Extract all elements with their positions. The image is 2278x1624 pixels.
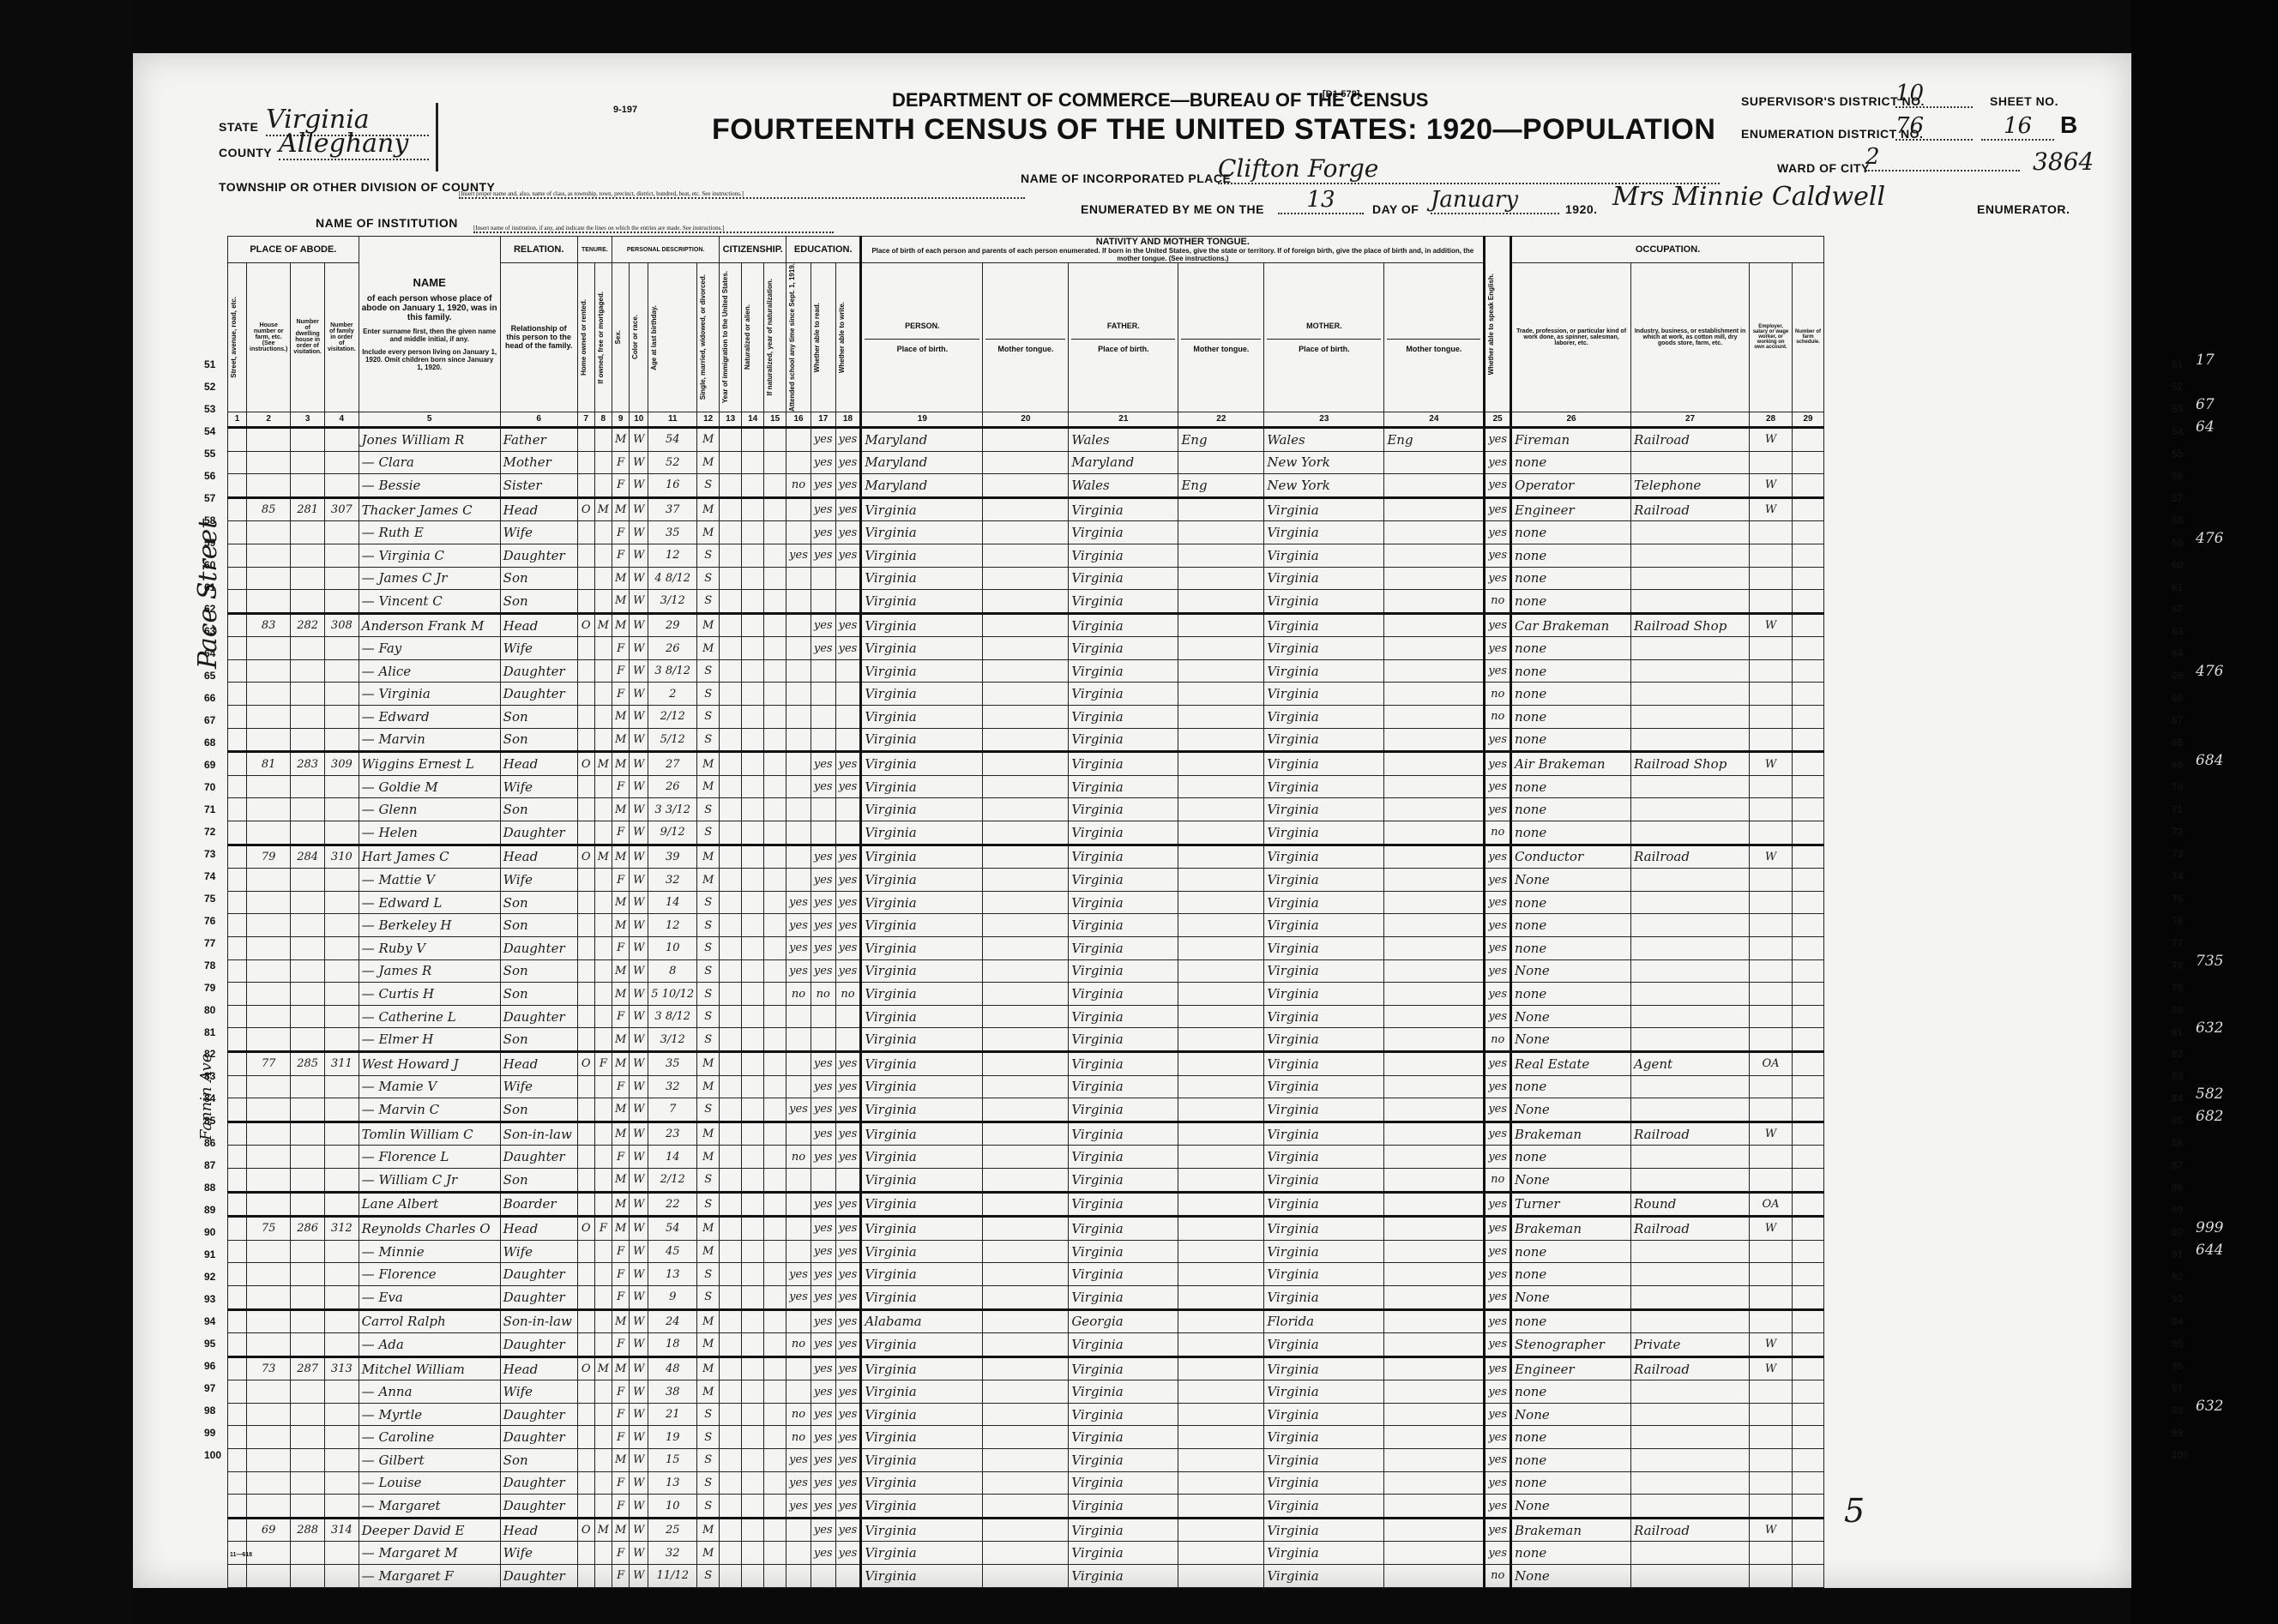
- cell-street: [228, 1192, 247, 1217]
- header-col-24: Mother tongue.: [1384, 263, 1485, 412]
- cell-birth: Virginia: [861, 706, 983, 729]
- cell-street: [228, 427, 247, 451]
- table-row: — ClaraMotherFW52MyesyesMarylandMaryland…: [228, 451, 1824, 474]
- cell-mortgage: [594, 1449, 612, 1472]
- cell-name: — Fay: [359, 637, 500, 660]
- cell-family: 310: [325, 845, 359, 869]
- cell-empty: [720, 1426, 742, 1449]
- cell-m-tongue: [1384, 1449, 1485, 1472]
- enumeration-district-value: 76: [1895, 113, 1973, 141]
- cell-empty: [720, 983, 742, 1006]
- cell-sex: F: [612, 821, 629, 845]
- cell-m-birth: Virginia: [1264, 1005, 1384, 1028]
- line-number: 57: [2172, 492, 2183, 504]
- cell-class: [1750, 959, 1793, 983]
- cell-street: [228, 752, 247, 776]
- cell-name: — Marvin C: [359, 1098, 500, 1122]
- cell-birth: Virginia: [861, 1285, 983, 1309]
- cell-relation: Son: [500, 1028, 577, 1052]
- cell-f-tongue: [1178, 1356, 1264, 1380]
- cell-trade: none: [1511, 1263, 1631, 1286]
- cell-birth: Virginia: [861, 1333, 983, 1357]
- cell-house: 73: [247, 1356, 291, 1380]
- cell-read: yes: [811, 845, 835, 869]
- cell-sex: F: [612, 1542, 629, 1565]
- cell-empty: [742, 659, 764, 683]
- cell-name: — Ruby V: [359, 937, 500, 960]
- cell-f-tongue: [1178, 869, 1264, 892]
- column-number: 2: [247, 412, 291, 427]
- cell-empty: [720, 959, 742, 983]
- cell-name: West Howard J: [359, 1051, 500, 1075]
- cell-age: 10: [648, 1495, 697, 1519]
- line-number: 98: [2172, 1404, 2183, 1416]
- cell-mortgage: [594, 821, 612, 845]
- cell-street: [228, 1449, 247, 1472]
- cell-f-tongue: [1178, 567, 1264, 590]
- cell-trade: none: [1511, 983, 1631, 1006]
- line-number: 68: [2172, 737, 2183, 749]
- cell-m-birth: Virginia: [1264, 869, 1384, 892]
- cell-birth: Virginia: [861, 521, 983, 544]
- cell-empty: [764, 521, 786, 544]
- cell-name: — Edward: [359, 706, 500, 729]
- cell-english: yes: [1485, 1471, 1511, 1495]
- cell-write: yes: [835, 521, 861, 544]
- cell-family: [325, 1240, 359, 1263]
- table-row: — James RSonMW8SyesyesyesVirginiaVirgini…: [228, 959, 1824, 983]
- cell-empty: [720, 1449, 742, 1472]
- cell-f-birth: Virginia: [1069, 775, 1178, 798]
- cell-dwelling: [291, 1542, 325, 1565]
- cell-name: — Margaret F: [359, 1565, 500, 1588]
- cell-empty: [764, 683, 786, 706]
- cell-house: [247, 1005, 291, 1028]
- cell-tongue: [983, 914, 1069, 937]
- cell-owned: O: [577, 845, 594, 869]
- cell-house: 83: [247, 613, 291, 637]
- cell-dwelling: [291, 474, 325, 498]
- cell-name: Carrol Ralph: [359, 1309, 500, 1333]
- cell-sex: M: [612, 590, 629, 614]
- cell-mortgage: [594, 1263, 612, 1286]
- cell-empty: [742, 798, 764, 821]
- cell-tongue: [983, 869, 1069, 892]
- cell-write: yes: [835, 1403, 861, 1426]
- cell-industry: [1631, 544, 1750, 567]
- cell-empty: [742, 683, 764, 706]
- cell-trade: None: [1511, 1005, 1631, 1028]
- cell-m-tongue: [1384, 521, 1485, 544]
- cell-trade: none: [1511, 1426, 1631, 1449]
- cell-street: [228, 1380, 247, 1404]
- cell-english: yes: [1485, 1309, 1511, 1333]
- cell-name: Mitchel William: [359, 1356, 500, 1380]
- cell-m-birth: Virginia: [1264, 637, 1384, 660]
- cell-english: yes: [1485, 891, 1511, 914]
- cell-m-birth: Virginia: [1264, 683, 1384, 706]
- cell-street: [228, 497, 247, 521]
- cell-mortgage: [594, 1028, 612, 1052]
- cell-family: [325, 1309, 359, 1333]
- cell-read: yes: [811, 544, 835, 567]
- sheet-value: 16: [1981, 113, 2054, 141]
- cell-street: [228, 613, 247, 637]
- cell-f-birth: Virginia: [1069, 1565, 1178, 1588]
- cell-empty: [720, 1309, 742, 1333]
- cell-f-birth: Virginia: [1069, 869, 1178, 892]
- cell-tongue: [983, 1122, 1069, 1146]
- cell-birth: Virginia: [861, 1005, 983, 1028]
- cell-class: [1750, 637, 1793, 660]
- column-number: 4: [325, 412, 359, 427]
- cell-empty: [742, 752, 764, 776]
- cell-empty: [720, 1192, 742, 1217]
- cell-sex: F: [612, 1005, 629, 1028]
- cell-relation: Wife: [500, 869, 577, 892]
- cell-family: [325, 590, 359, 614]
- cell-house: [247, 937, 291, 960]
- cell-marital: M: [697, 1146, 720, 1169]
- cell-tongue: [983, 1028, 1069, 1052]
- cell-street: [228, 869, 247, 892]
- cell-mortgage: M: [594, 752, 612, 776]
- cell-family: [325, 1333, 359, 1357]
- cell-race: W: [630, 659, 648, 683]
- header-col-28: Employer, salary or wage worker, or work…: [1750, 263, 1793, 412]
- cell-marital: M: [697, 1240, 720, 1263]
- cell-mortgage: [594, 427, 612, 451]
- cell-f-tongue: [1178, 706, 1264, 729]
- cell-empty: [720, 845, 742, 869]
- cell-tongue: [983, 775, 1069, 798]
- cell-empty: [720, 1471, 742, 1495]
- cell-age: 14: [648, 891, 697, 914]
- column-number: 20: [983, 412, 1069, 427]
- cell-read: [811, 706, 835, 729]
- cell-m-birth: Virginia: [1264, 567, 1384, 590]
- cell-marital: S: [697, 1449, 720, 1472]
- cell-marital: S: [697, 914, 720, 937]
- cell-sex: M: [612, 613, 629, 637]
- cell-f-tongue: [1178, 798, 1264, 821]
- cell-empty: [742, 1333, 764, 1357]
- cell-f-tongue: [1178, 1168, 1264, 1192]
- cell-empty: [1793, 637, 1824, 660]
- cell-tongue: [983, 1403, 1069, 1426]
- cell-industry: [1631, 1495, 1750, 1519]
- cell-industry: [1631, 1565, 1750, 1588]
- table-row: — Catherine LDaughterFW3 8/12SVirginiaVi…: [228, 1005, 1824, 1028]
- cell-m-birth: Virginia: [1264, 1495, 1384, 1519]
- township-label: TOWNSHIP OR OTHER DIVISION OF COUNTY: [219, 180, 495, 194]
- cell-read: [811, 821, 835, 845]
- cell-m-birth: Virginia: [1264, 1146, 1384, 1169]
- cell-trade: Conductor: [1511, 845, 1631, 869]
- table-row: — MargaretDaughterFW10SyesyesyesVirginia…: [228, 1495, 1824, 1519]
- cell-owned: [577, 1005, 594, 1028]
- cell-school: [786, 1356, 811, 1380]
- cell-street: [228, 1240, 247, 1263]
- column-number: 29: [1793, 412, 1824, 427]
- header-col-22: Mother tongue.: [1178, 263, 1264, 412]
- cell-empty: [720, 590, 742, 614]
- cell-dwelling: [291, 1075, 325, 1098]
- cell-empty: [720, 914, 742, 937]
- cell-empty: [720, 659, 742, 683]
- table-row: 73287313Mitchel WilliamHeadOMMW48Myesyes…: [228, 1356, 1824, 1380]
- cell-owned: [577, 1333, 594, 1357]
- cell-read: [811, 1168, 835, 1192]
- line-number: 64: [2172, 647, 2183, 659]
- cell-name: — Marvin: [359, 728, 500, 752]
- cell-trade: None: [1511, 959, 1631, 983]
- cell-empty: [720, 1403, 742, 1426]
- cell-owned: [577, 1309, 594, 1333]
- cell-write: yes: [835, 1146, 861, 1169]
- cell-tongue: [983, 451, 1069, 474]
- cell-empty: [1793, 1333, 1824, 1357]
- cell-dwelling: [291, 683, 325, 706]
- cell-empty: [764, 798, 786, 821]
- cell-sex: F: [612, 1285, 629, 1309]
- cell-m-birth: Virginia: [1264, 1426, 1384, 1449]
- cell-school: [786, 1075, 811, 1098]
- cell-birth: Virginia: [861, 1356, 983, 1380]
- cell-relation: Son: [500, 798, 577, 821]
- cell-industry: [1631, 1098, 1750, 1122]
- cell-race: W: [630, 891, 648, 914]
- county-label: COUNTY: [219, 146, 272, 159]
- cell-empty: [742, 1309, 764, 1333]
- cell-m-tongue: [1384, 1075, 1485, 1098]
- cell-dwelling: 288: [291, 1518, 325, 1542]
- cell-relation: Wife: [500, 1380, 577, 1404]
- cell-marital: M: [697, 1217, 720, 1241]
- cell-empty: [742, 637, 764, 660]
- cell-empty: [764, 1518, 786, 1542]
- cell-family: [325, 869, 359, 892]
- cell-name: — Glenn: [359, 798, 500, 821]
- line-number: 75: [2172, 893, 2183, 905]
- cell-street: [228, 1098, 247, 1122]
- table-row: — Edward LSonMW14SyesyesyesVirginiaVirgi…: [228, 891, 1824, 914]
- margin-street-name-2: Fannin Ave: [197, 1054, 215, 1140]
- enumerated-month: January: [1431, 187, 1559, 214]
- cell-m-tongue: [1384, 1565, 1485, 1588]
- cell-sex: F: [612, 1333, 629, 1357]
- cell-empty: [764, 1356, 786, 1380]
- cell-relation: Son: [500, 706, 577, 729]
- cell-class: OA: [1750, 1192, 1793, 1217]
- cell-owned: [577, 451, 594, 474]
- cell-relation: Daughter: [500, 1495, 577, 1519]
- cell-house: [247, 1542, 291, 1565]
- cell-class: [1750, 1426, 1793, 1449]
- cell-street: [228, 1565, 247, 1588]
- cell-f-tongue: [1178, 1192, 1264, 1217]
- cell-english: yes: [1485, 1075, 1511, 1098]
- cell-race: W: [630, 1263, 648, 1286]
- cell-owned: [577, 1403, 594, 1426]
- cell-trade: None: [1511, 1565, 1631, 1588]
- header-col-20: Mother tongue.: [983, 263, 1069, 412]
- cell-class: [1750, 1380, 1793, 1404]
- cell-marital: M: [697, 497, 720, 521]
- cell-empty: [742, 1192, 764, 1217]
- cell-dwelling: [291, 1240, 325, 1263]
- cell-write: yes: [835, 497, 861, 521]
- cell-name: Anderson Frank M: [359, 613, 500, 637]
- cell-empty: [1793, 474, 1824, 498]
- line-number: 59: [2172, 537, 2183, 549]
- cell-f-tongue: [1178, 1309, 1264, 1333]
- cell-english: yes: [1485, 1051, 1511, 1075]
- cell-mortgage: [594, 891, 612, 914]
- cell-race: W: [630, 1028, 648, 1052]
- cell-english: yes: [1485, 1449, 1511, 1472]
- cell-mortgage: [594, 983, 612, 1006]
- cell-empty: [742, 1380, 764, 1404]
- header-occupation: OCCUPATION.: [1511, 237, 1824, 263]
- cell-empty: [742, 1146, 764, 1169]
- cell-m-tongue: [1384, 497, 1485, 521]
- header-col-27: Industry, business, or establishment in …: [1631, 263, 1750, 412]
- cell-tongue: [983, 1263, 1069, 1286]
- cell-owned: [577, 474, 594, 498]
- cell-street: [228, 1263, 247, 1286]
- header-col-14: Naturalized or alien.: [742, 263, 764, 412]
- cell-house: 75: [247, 1217, 291, 1241]
- cell-relation: Head: [500, 1217, 577, 1241]
- cell-f-birth: Virginia: [1069, 1168, 1178, 1192]
- cell-tongue: [983, 613, 1069, 637]
- cell-birth: Virginia: [861, 1217, 983, 1241]
- cell-m-birth: Virginia: [1264, 1217, 1384, 1241]
- cell-tongue: [983, 590, 1069, 614]
- cell-trade: none: [1511, 637, 1631, 660]
- cell-name: — Ruth E: [359, 521, 500, 544]
- cell-owned: [577, 1285, 594, 1309]
- cell-family: [325, 659, 359, 683]
- cell-industry: [1631, 1309, 1750, 1333]
- cell-school: [786, 1005, 811, 1028]
- cell-house: [247, 1146, 291, 1169]
- cell-marital: S: [697, 1098, 720, 1122]
- cell-f-birth: Virginia: [1069, 1403, 1178, 1426]
- cell-birth: Virginia: [861, 1192, 983, 1217]
- cell-m-tongue: [1384, 728, 1485, 752]
- cell-birth: Virginia: [861, 544, 983, 567]
- cell-house: [247, 1449, 291, 1472]
- cell-relation: Sister: [500, 474, 577, 498]
- cell-empty: [764, 728, 786, 752]
- cell-m-birth: Virginia: [1264, 1122, 1384, 1146]
- cell-english: yes: [1485, 1263, 1511, 1286]
- cell-dwelling: 286: [291, 1217, 325, 1241]
- cell-empty: [720, 1051, 742, 1075]
- cell-birth: Maryland: [861, 427, 983, 451]
- cell-relation: Son: [500, 590, 577, 614]
- cell-family: [325, 1471, 359, 1495]
- cell-age: 3/12: [648, 1028, 697, 1052]
- cell-empty: [1793, 567, 1824, 590]
- cell-trade: none: [1511, 821, 1631, 845]
- cell-trade: None: [1511, 1495, 1631, 1519]
- line-number: 56: [2172, 470, 2183, 482]
- cell-trade: Fireman: [1511, 427, 1631, 451]
- table-row: — Elmer HSonMW3/12SVirginiaVirginiaVirgi…: [228, 1028, 1824, 1052]
- cell-empty: [742, 1565, 764, 1588]
- cell-mortgage: [594, 451, 612, 474]
- cell-industry: [1631, 1426, 1750, 1449]
- cell-mortgage: [594, 1122, 612, 1146]
- cell-empty: [742, 1471, 764, 1495]
- cell-dwelling: 284: [291, 845, 325, 869]
- cell-english: yes: [1485, 845, 1511, 869]
- cell-dwelling: [291, 427, 325, 451]
- cell-owned: [577, 1028, 594, 1052]
- cell-f-birth: Virginia: [1069, 1098, 1178, 1122]
- cell-street: [228, 637, 247, 660]
- cell-family: [325, 1263, 359, 1286]
- cell-tongue: [983, 845, 1069, 869]
- cell-owned: O: [577, 497, 594, 521]
- cell-race: W: [630, 613, 648, 637]
- line-number: 85: [2172, 1115, 2183, 1127]
- cell-trade: none: [1511, 590, 1631, 614]
- cell-empty: [742, 1168, 764, 1192]
- table-row: — HelenDaughterFW9/12SVirginiaVirginiaVi…: [228, 821, 1824, 845]
- cell-industry: [1631, 1075, 1750, 1098]
- line-number: 81: [204, 1026, 215, 1038]
- cell-house: 77: [247, 1051, 291, 1075]
- cell-empty: [764, 775, 786, 798]
- cell-m-birth: New York: [1264, 451, 1384, 474]
- cell-write: yes: [835, 959, 861, 983]
- cell-street: [228, 1028, 247, 1052]
- cell-relation: Son: [500, 983, 577, 1006]
- cell-school: yes: [786, 1285, 811, 1309]
- cell-empty: [720, 1495, 742, 1519]
- cell-empty: [764, 1051, 786, 1075]
- cell-m-tongue: [1384, 845, 1485, 869]
- cell-mortgage: [594, 869, 612, 892]
- cell-relation: Wife: [500, 637, 577, 660]
- cell-owned: [577, 659, 594, 683]
- cell-mortgage: [594, 683, 612, 706]
- cell-family: [325, 451, 359, 474]
- cell-age: 11/12: [648, 1565, 697, 1588]
- table-row: — MinnieWifeFW45MyesyesVirginiaVirginiaV…: [228, 1240, 1824, 1263]
- cell-school: [786, 497, 811, 521]
- cell-write: [835, 590, 861, 614]
- cell-industry: [1631, 959, 1750, 983]
- cell-street: [228, 544, 247, 567]
- table-row: — GilbertSonMW15SyesyesyesVirginiaVirgin…: [228, 1449, 1824, 1472]
- cell-m-tongue: [1384, 1495, 1485, 1519]
- cell-write: yes: [835, 1449, 861, 1472]
- line-number: 79: [2172, 982, 2183, 994]
- cell-trade: none: [1511, 1380, 1631, 1404]
- cell-empty: [742, 1028, 764, 1052]
- cell-m-birth: Virginia: [1264, 1168, 1384, 1192]
- header-name: NAME of each person whose place of abode…: [359, 237, 500, 412]
- cell-m-birth: Virginia: [1264, 798, 1384, 821]
- cell-race: W: [630, 1380, 648, 1404]
- cell-read: yes: [811, 1285, 835, 1309]
- header-education: EDUCATION.: [786, 237, 861, 263]
